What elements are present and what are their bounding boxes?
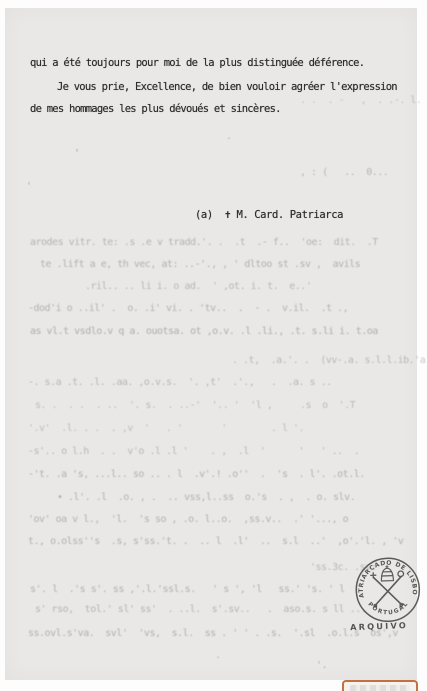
tiara-icon [381, 565, 394, 581]
stamp-arquivo-label: ARQUIVO [350, 620, 408, 632]
letter-line-1: qui a été toujours pour moi de la plus d… [30, 57, 364, 69]
svg-text:PORTUGAL: PORTUGAL [366, 600, 410, 617]
signature-line: (a) ✝ M. Card. Patriarca [195, 209, 343, 221]
stamp-ring-bottom-text: PORTUGAL [366, 600, 410, 617]
scanned-document-page: . . . - , . .-. l..', : ( .. 0...'arodes… [0, 0, 427, 691]
citation-chip-content [350, 685, 410, 691]
citation-chip[interactable] [342, 680, 418, 691]
letter-line-2: Je vous prie, Excellence, de bien vouloi… [57, 81, 397, 93]
archive-stamp: PATRIARCADO DE LISBOA PORTUGAL ARQUIVO [334, 546, 427, 645]
svg-text:PATRIARCADO DE LISBOA: PATRIARCADO DE LISBOA [334, 546, 418, 599]
letter-line-3: de mes hommages les plus dévoués et sinc… [30, 103, 281, 115]
stamp-ring-top-text: PATRIARCADO DE LISBOA [334, 546, 418, 599]
